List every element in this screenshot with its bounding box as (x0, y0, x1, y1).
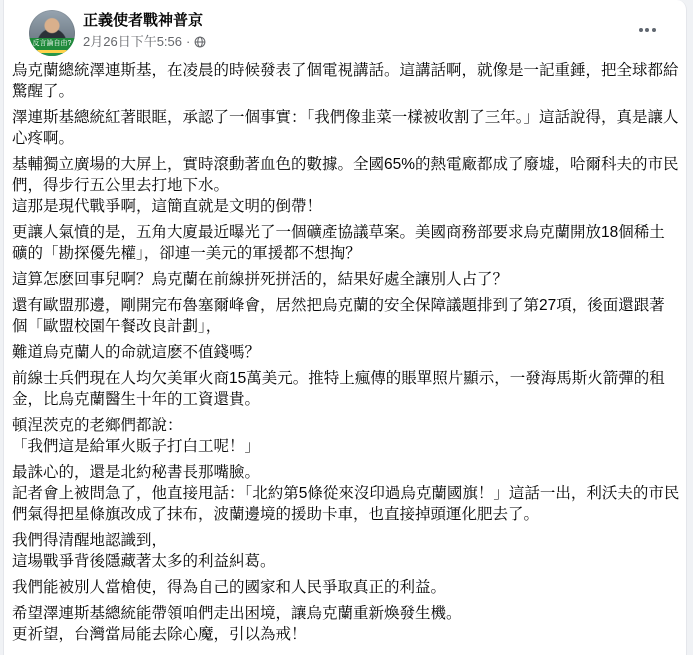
timestamp[interactable]: 2月26日下午5:56 (83, 33, 182, 50)
post-paragraph: 頓涅茨克的老鄉們都說： 「我們這是給軍火販子打白工呢！」 (12, 415, 680, 457)
avatar[interactable]: 反言論自由? (29, 10, 75, 56)
post-paragraph: 最誅心的，還是北約秘書長那嘴臉。 記者會上被問急了，他直接甩話：「北約第5條從來… (12, 462, 680, 525)
post-paragraph: 基輔獨立廣場的大屏上，實時滾動著血色的數據。全國65%的熱電廠都成了廢墟，哈爾科… (12, 154, 680, 217)
avatar-caption-subline (37, 50, 66, 53)
more-options-dot (652, 28, 656, 32)
globe-icon (194, 36, 206, 48)
more-options-dot (645, 28, 649, 32)
author-name[interactable]: 正義使者戰神普京 (83, 11, 670, 31)
dot-separator: · (186, 33, 190, 50)
post-paragraph: 希望澤連斯基總統能帶領咱們走出困境，讓烏克蘭重新煥發生機。 更祈望，台灣當局能去… (12, 603, 680, 645)
post-paragraph: 我們能被別人當槍使，得為自己的國家和人民爭取真正的利益。 (12, 577, 680, 598)
post-paragraph: 烏克蘭總統澤連斯基，在凌晨的時候發表了個電視講話。這講話啊，就像是一記重錘，把全… (12, 60, 680, 102)
avatar-caption: 反言論自由? (29, 38, 75, 56)
post-paragraph: 更讓人氣憤的是，五角大廈最近曝光了一個礦產協議草案。美國商務部要求烏克蘭開放18… (12, 222, 680, 264)
header-text: 正義使者戰神普京 2月26日下午5:56 · (83, 10, 670, 50)
post-header: 反言論自由? 正義使者戰神普京 2月26日下午5:56 · (4, 0, 686, 56)
post-body: 烏克蘭總統澤連斯基，在凌晨的時候發表了個電視講話。這講話啊，就像是一記重錘，把全… (4, 56, 686, 655)
post-paragraph: 澤連斯基總統紅著眼眶，承認了一個事實：「我們像韭菜一樣被收割了三年。」這話說得，… (12, 107, 680, 149)
post-meta: 2月26日下午5:56 · (83, 33, 670, 50)
post-card: 反言論自由? 正義使者戰神普京 2月26日下午5:56 · (3, 0, 687, 655)
more-options-button[interactable] (634, 22, 660, 38)
post-paragraph: 這算怎麽回事兒啊？烏克蘭在前線拼死拼活的，結果好處全讓別人占了？ (12, 269, 680, 290)
post-paragraph: 難道烏克蘭人的命就這麽不值錢嗎？ (12, 342, 680, 363)
post-paragraph: 還有歐盟那邊，剛開完布魯塞爾峰會，居然把烏克蘭的安全保障議題排到了第27項，後面… (12, 295, 680, 337)
post-paragraph: 前線士兵們現在人均欠美軍火商15萬美元。推特上瘋傳的賬單照片顯示，一發海馬斯火箭… (12, 368, 680, 410)
more-options-dot (639, 28, 643, 32)
post-paragraph: 我們得清醒地認識到， 這場戰爭背後隱藏著太多的利益糾葛。 (12, 530, 680, 572)
